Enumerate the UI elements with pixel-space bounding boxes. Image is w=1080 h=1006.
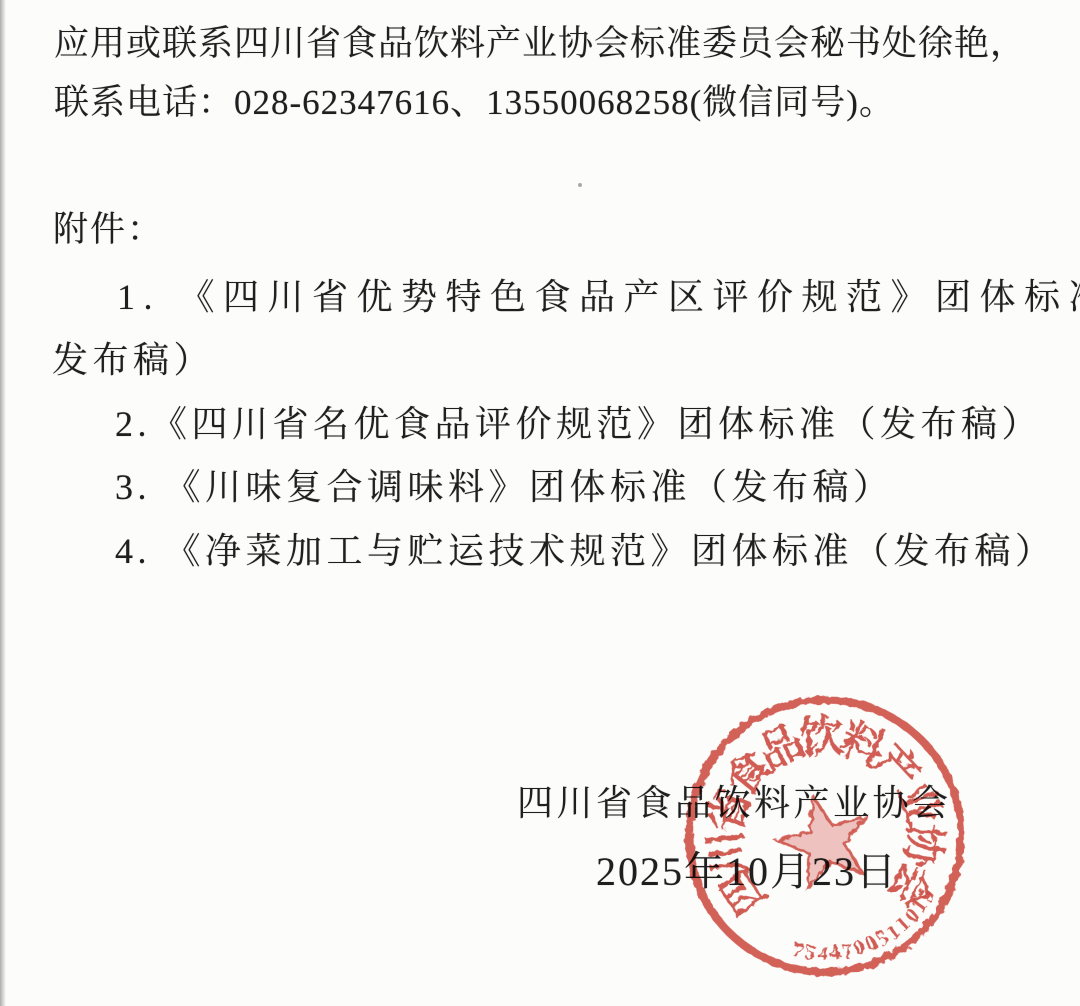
attachment-item-1-line-1: 1. 《四川省优势特色食品产区评价规范》团体标准（ [117,278,1080,318]
document-page: 应用或联系四川省食品饮料产业协会标准委员会秘书处徐艳， 联系电话：028-623… [0,0,1080,1006]
attachment-item-3: 3. 《川味复合调味料》团体标准（发布稿） [115,468,894,508]
svg-text:4: 4 [829,940,843,965]
paragraph-line-2-contact-phone: 联系电话：028-62347616、13550068258(微信同号)。 [54,84,895,123]
scan-edge-shadow [0,0,6,1006]
attachments-label: 附件： [53,211,164,250]
svg-text:4: 4 [817,941,829,965]
attachment-item-1-line-2: 发布稿） [52,341,214,381]
scan-artifact-dot [578,183,582,187]
paragraph-line-1: 应用或联系四川省食品饮料产业协会标准委员会秘书处徐艳， [54,25,1026,64]
attachment-item-2: 2.《四川省名优食品评价规范》团体标准（发布稿） [115,405,1042,445]
star-icon [769,785,880,892]
attachment-item-4: 4. 《净菜加工与贮运技术规范》团体标准（发布稿） [115,532,1056,572]
seal-code-text: 5101150074457 [787,882,943,967]
official-seal: 四川省食品饮料产业协会 5101150074457 [655,666,995,1006]
